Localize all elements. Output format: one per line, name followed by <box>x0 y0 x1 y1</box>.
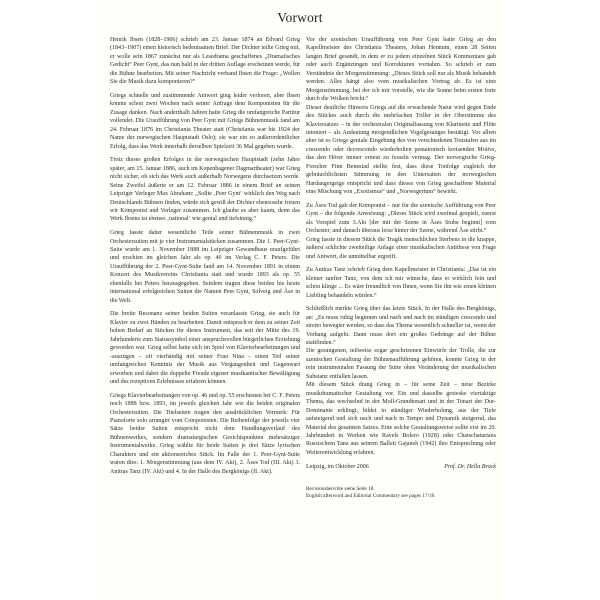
left-column: Henrik Ibsen (1828–1906) schrieb am 23. … <box>110 36 300 481</box>
paragraph: Mit diesem Stück drang Grieg in – für se… <box>306 381 496 457</box>
paragraph: Trotz dieses großen Erfolges in der norw… <box>110 156 300 224</box>
document-page: Vorwort Henrik Ibsen (1828–1906) schrieb… <box>96 0 504 600</box>
place-date: Leipzig, im Oktober 2006 <box>306 463 369 471</box>
page-title: Vorwort <box>96 10 504 26</box>
paragraph: Die gesungenen, teilweise sogar geschrie… <box>306 347 496 381</box>
signoff: Leipzig, im Oktober 2006 Prof. Dr. Hella… <box>306 463 496 471</box>
revision-note: Revisionsberichte siehe Seite 18. <box>306 486 496 493</box>
footnotes: Revisionsberichte siehe Seite 18. Englis… <box>306 486 496 500</box>
paragraph: Zu Åses Tod gab der Komponist – nur für … <box>306 202 496 236</box>
paragraph: Grieg fasste in diesem Stück die Tragik … <box>306 236 496 261</box>
paragraph: Henrik Ibsen (1828–1906) schrieb am 23. … <box>110 36 300 87</box>
paragraph: Die breite Resonanz seiner beiden Suiten… <box>110 310 300 386</box>
paragraph: Schließlich merkte Grieg über das letzte… <box>306 305 496 347</box>
paragraph: Griegs Klavierbearbeitungen von op. 46 u… <box>110 392 300 477</box>
paragraph: Grieg fasste daher wesentliche Teile sei… <box>110 229 300 305</box>
english-note: English afterword and Editorial Commenta… <box>306 493 496 500</box>
right-column: Vor der szenischen Uraufführung von Peer… <box>306 36 496 500</box>
author-name: Prof. Dr. Hella Brock <box>444 463 496 471</box>
paragraph: Vor der szenischen Uraufführung von Peer… <box>306 36 496 104</box>
paragraph: Dieser deutliche Hinweis Griegs auf die … <box>306 104 496 197</box>
paragraph: Griegs schnelle und zustimmende Antwort … <box>110 92 300 151</box>
paragraph: Zu Anitras Tanz schrieb Grieg dem Kapell… <box>306 266 496 300</box>
